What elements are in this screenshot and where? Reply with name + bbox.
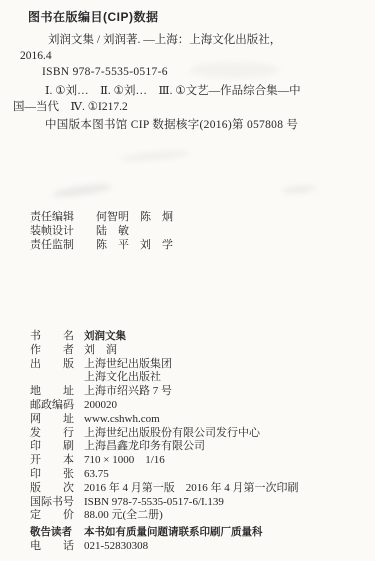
scan-smudge <box>52 182 113 199</box>
cip-description-line: 刘润文集 / 刘润著. —上海：上海文化出版社， <box>20 32 360 48</box>
notice-label: 电 话 <box>30 540 76 554</box>
printer: 上海昌鑫龙印务有限公司 <box>84 440 205 454</box>
cip-description-line: 2016.4 <box>20 48 360 64</box>
staff-names: 陈 平 刘 学 <box>96 238 173 252</box>
colophon-label: 印 刷 <box>30 440 76 454</box>
cip-classification: Ⅰ. ①刘… Ⅱ. ①刘… Ⅲ. ①文艺—作品综合集—中 国—当代 Ⅳ. ①I2… <box>13 84 361 115</box>
colophon-label: 版 次 <box>30 482 76 496</box>
colophon-row: 网 址 www.cshwh.com <box>30 413 299 427</box>
colophon-label: 发 行 <box>30 427 76 441</box>
colophon-row: 出 版 上海世纪出版集团 <box>30 358 299 372</box>
staff-row: 责任监制 陈 平 刘 学 <box>30 238 173 252</box>
colophon-row: 作 者 刘 润 <box>30 344 299 358</box>
colophon-row: 上海文化出版社 <box>30 371 299 385</box>
staff-credits: 责任编辑 何智明 陈 炯 装帧设计 陆 敏 责任监制 陈 平 刘 学 <box>30 210 173 253</box>
cip-classification-line: 国—当代 Ⅳ. ①I217.2 <box>13 100 361 116</box>
publisher-name: 上海世纪出版集团 <box>84 358 172 372</box>
staff-role-label: 责任监制 <box>30 238 76 252</box>
publisher-name: 上海文化出版社 <box>84 371 161 385</box>
sheet-count: 63.75 <box>84 468 109 482</box>
colophon-row: 国际书号 ISBN 978-7-5535-0517-6/I.139 <box>30 496 299 510</box>
colophon-row: 邮政编码 200020 <box>30 399 299 413</box>
colophon-row: 开 本 710 × 1000 1/16 <box>30 454 299 468</box>
address: 上海市绍兴路 7 号 <box>84 385 172 399</box>
colophon-row: 发 行 上海世纪出版股份有限公司发行中心 <box>30 427 299 441</box>
quality-notice: 本书如有质量问题请联系印刷厂质量科 <box>84 526 263 540</box>
colophon-label: 作 者 <box>30 344 76 358</box>
cip-isbn-line: ISBN 978-7-5535-0517-6 <box>20 64 360 80</box>
colophon-row: 印 刷 上海昌鑫龙印务有限公司 <box>30 440 299 454</box>
colophon-row: 版 次 2016 年 4 月第一版 2016 年 4 月第一次印刷 <box>30 482 299 496</box>
website-url: www.cshwh.com <box>84 413 160 427</box>
staff-row: 责任编辑 何智明 陈 炯 <box>30 210 173 224</box>
colophon-label: 出 版 <box>30 358 76 372</box>
notice-label: 敬告读者 <box>30 526 76 540</box>
colophon-label: 书 名 <box>30 330 76 344</box>
staff-role-label: 责任编辑 <box>30 210 76 224</box>
book-title: 刘润文集 <box>84 330 126 344</box>
edition-info: 2016 年 4 月第一版 2016 年 4 月第一次印刷 <box>84 482 299 496</box>
cip-classification-line: Ⅰ. ①刘… Ⅱ. ①刘… Ⅲ. ①文艺—作品综合集—中 <box>13 84 361 100</box>
cip-record-number: 中国版本图书馆 CIP 数据核字(2016)第 057808 号 <box>45 116 298 132</box>
postal-code: 200020 <box>84 399 117 413</box>
colophon-label: 开 本 <box>30 454 76 468</box>
scan-smudge <box>120 149 190 163</box>
author-name: 刘 润 <box>84 344 117 358</box>
colophon-label: 网 址 <box>30 413 76 427</box>
colophon-block: 书 名 刘润文集 作 者 刘 润 出 版 上海世纪出版集团 上海文化出版社 地 … <box>30 330 299 523</box>
cip-description: 刘润文集 / 刘润著. —上海：上海文化出版社， 2016.4 ISBN 978… <box>20 32 360 80</box>
colophon-label: 印 张 <box>30 468 76 482</box>
format-size: 710 × 1000 1/16 <box>84 454 165 468</box>
colophon-row: 印 张 63.75 <box>30 468 299 482</box>
staff-row: 装帧设计 陆 敏 <box>30 224 173 238</box>
reader-notice-block: 敬告读者 本书如有质量问题请联系印刷厂质量科 电 话 021-52830308 <box>30 526 263 554</box>
phone-number: 021-52830308 <box>84 540 148 554</box>
distributor: 上海世纪出版股份有限公司发行中心 <box>84 427 260 441</box>
colophon-row: 地 址 上海市绍兴路 7 号 <box>30 385 299 399</box>
staff-names: 何智明 陈 炯 <box>96 210 173 224</box>
colophon-label: 国际书号 <box>30 496 76 510</box>
notice-row: 敬告读者 本书如有质量问题请联系印刷厂质量科 <box>30 526 263 540</box>
staff-names: 陆 敏 <box>96 224 129 238</box>
price: 88.00 元(全二册) <box>84 509 163 523</box>
colophon-row: 定 价 88.00 元(全二册) <box>30 509 299 523</box>
cip-header: 图书在版编目(CIP)数据 <box>28 8 159 25</box>
colophon-label: 地 址 <box>30 385 76 399</box>
staff-role-label: 装帧设计 <box>30 224 76 238</box>
copyright-page: 图书在版编目(CIP)数据 刘润文集 / 刘润著. —上海：上海文化出版社， 2… <box>0 0 375 561</box>
scan-smudge <box>282 184 317 195</box>
colophon-label <box>30 371 76 385</box>
notice-row: 电 话 021-52830308 <box>30 540 263 554</box>
isbn-number: ISBN 978-7-5535-0517-6/I.139 <box>84 496 224 510</box>
colophon-row: 书 名 刘润文集 <box>30 330 299 344</box>
colophon-label: 邮政编码 <box>30 399 76 413</box>
colophon-label: 定 价 <box>30 509 76 523</box>
